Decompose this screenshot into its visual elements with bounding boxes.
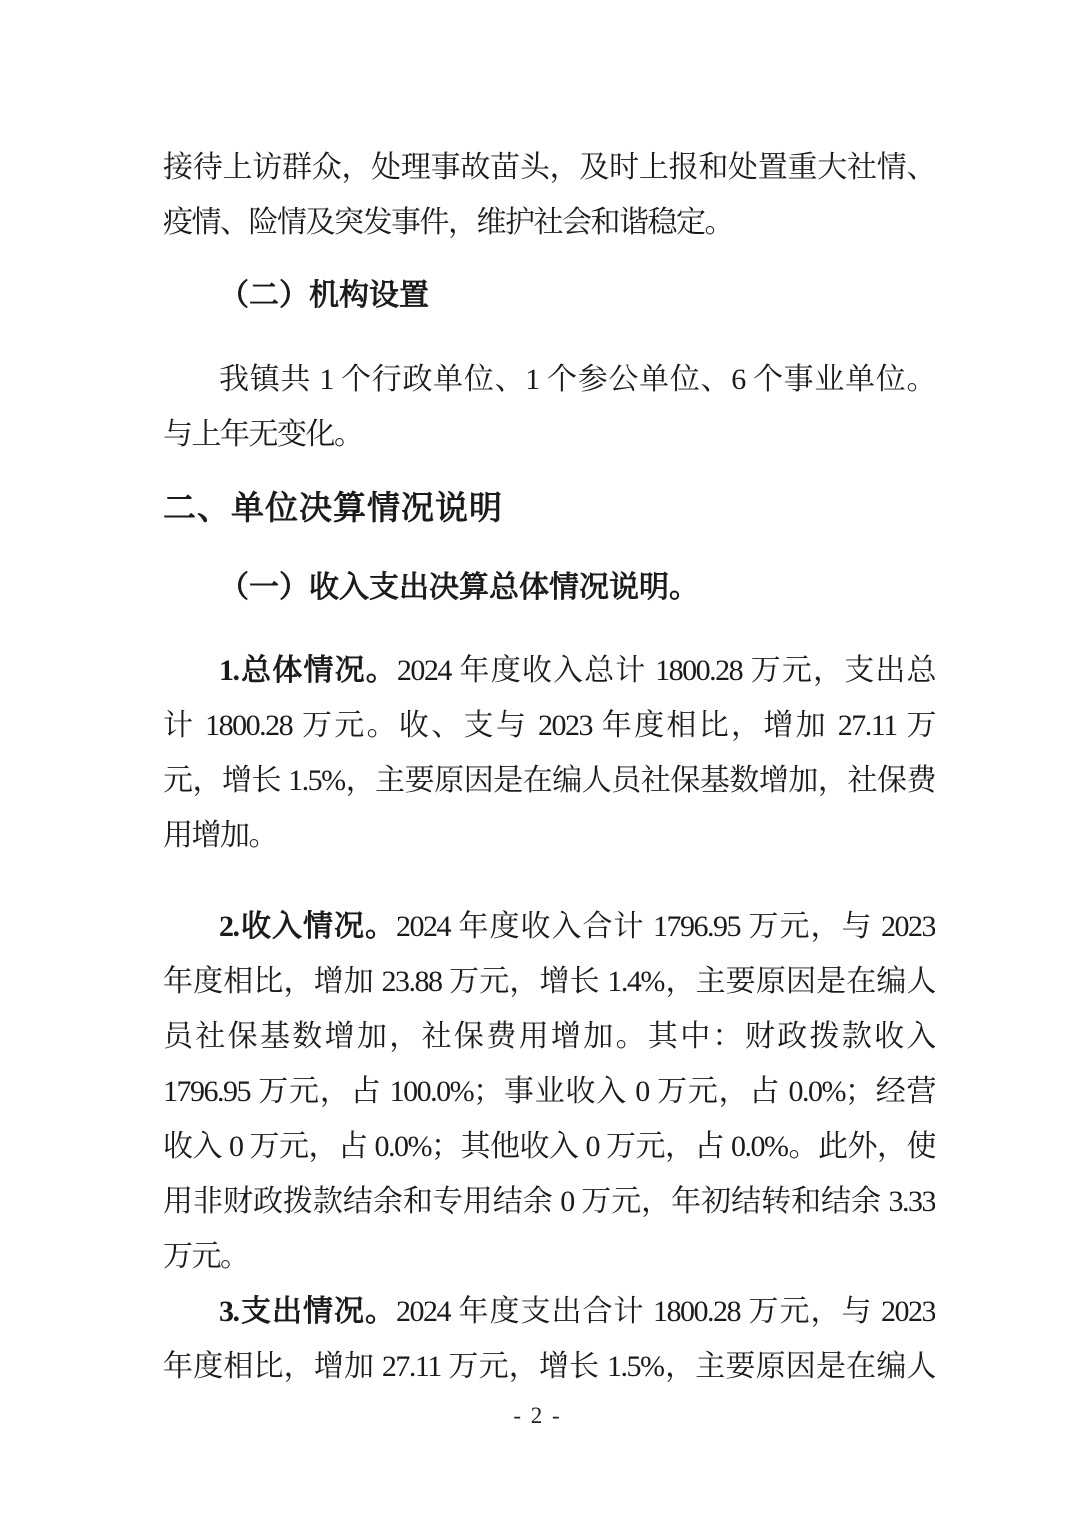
text-line: 我镇共 1 个行政单位、1 个参公单位、6 个事业单位。	[163, 352, 935, 407]
paragraph-income-situation: 2.收入情况。2024 年度收入合计 1796.95 万元，与 2023年度相比…	[163, 899, 935, 1284]
text-span: 我镇共 1 个行政单位、1 个参公单位、6 个事业单位。	[219, 363, 935, 396]
text-line: 计 1800.28 万元。收、支与 2023 年度相比，增加 27.11 万	[163, 698, 935, 753]
paragraph-expenditure-situation: 3.支出情况。2024 年度支出合计 1800.28 万元，与 2023年度相比…	[163, 1284, 935, 1394]
text-span: 万元。	[163, 1240, 249, 1273]
run-in-heading: 1.总体情况。	[219, 654, 397, 687]
text-line: 万元。	[163, 1229, 935, 1284]
org-setup-paragraph: 我镇共 1 个行政单位、1 个参公单位、6 个事业单位。与上年无变化。	[163, 352, 935, 462]
text-span: 收入 0 万元，占 0.0%；其他收入 0 万元，占 0.0%。此外，使	[163, 1130, 935, 1163]
text-span: 接待上访群众，处理事故苗头，及时上报和处置重大社情、	[163, 151, 935, 184]
text-span: 2024 年度收入总计 1800.28 万元，支出总	[397, 654, 935, 687]
text-line: 1796.95 万元，占 100.0%；事业收入 0 万元，占 0.0%；经营	[163, 1064, 935, 1119]
heading-org-setup: （二）机构设置	[163, 268, 935, 323]
page-number: - 2 -	[0, 1398, 1075, 1434]
intro-continuation-paragraph: 接待上访群众，处理事故苗头，及时上报和处置重大社情、疫情、险情及突发事件，维护社…	[163, 140, 935, 250]
text-span: （一）收入支出决算总体情况说明。	[219, 571, 699, 604]
text-line: （一）收入支出决算总体情况说明。	[163, 560, 935, 615]
document-page: 接待上访群众，处理事故苗头，及时上报和处置重大社情、疫情、险情及突发事件，维护社…	[0, 0, 1075, 1520]
heading-section-two: 二、单位决算情况说明	[163, 480, 935, 535]
text-span: 计 1800.28 万元。收、支与 2023 年度相比，增加 27.11 万	[163, 709, 935, 742]
text-span: 2024 年度收入合计 1796.95 万元，与 2023	[396, 910, 935, 943]
run-in-heading: 3.支出情况。	[219, 1295, 396, 1328]
text-span: 2024 年度支出合计 1800.28 万元，与 2023	[396, 1295, 935, 1328]
paragraph-overall-situation: 1.总体情况。2024 年度收入总计 1800.28 万元，支出总计 1800.…	[163, 643, 935, 863]
run-in-heading: 2.收入情况。	[219, 910, 396, 943]
text-span: 员社保基数增加，社保费用增加。其中：财政拨款收入	[163, 1020, 935, 1053]
heading-income-expense-overview: （一）收入支出决算总体情况说明。	[163, 560, 935, 615]
text-line: 年度相比，增加 23.88 万元，增长 1.4%，主要原因是在编人	[163, 954, 935, 1009]
text-line: 年度相比，增加 27.11 万元，增长 1.5%，主要原因是在编人	[163, 1339, 935, 1394]
text-line: 接待上访群众，处理事故苗头，及时上报和处置重大社情、	[163, 140, 935, 195]
text-line: 元，增长 1.5%，主要原因是在编人员社保基数增加，社保费	[163, 753, 935, 808]
text-span: 疫情、险情及突发事件，维护社会和谐稳定。	[163, 206, 733, 239]
text-line: （二）机构设置	[163, 268, 935, 323]
text-span: 元，增长 1.5%，主要原因是在编人员社保基数增加，社保费	[163, 764, 935, 797]
document-body: 接待上访群众，处理事故苗头，及时上报和处置重大社情、疫情、险情及突发事件，维护社…	[163, 140, 935, 1394]
text-line: 用增加。	[163, 808, 935, 863]
text-line: 3.支出情况。2024 年度支出合计 1800.28 万元，与 2023	[163, 1284, 935, 1339]
text-line: 1.总体情况。2024 年度收入总计 1800.28 万元，支出总	[163, 643, 935, 698]
text-span: 与上年无变化。	[163, 418, 363, 451]
text-span: 1796.95 万元，占 100.0%；事业收入 0 万元，占 0.0%；经营	[163, 1075, 935, 1108]
text-line: 疫情、险情及突发事件，维护社会和谐稳定。	[163, 195, 935, 250]
text-line: 员社保基数增加，社保费用增加。其中：财政拨款收入	[163, 1009, 935, 1064]
text-line: 收入 0 万元，占 0.0%；其他收入 0 万元，占 0.0%。此外，使	[163, 1119, 935, 1174]
text-line: 二、单位决算情况说明	[163, 480, 935, 535]
text-span: 用非财政拨款结余和专用结余 0 万元，年初结转和结余 3.33	[163, 1185, 935, 1218]
text-span: （二）机构设置	[219, 279, 429, 312]
text-span: 用增加。	[163, 819, 277, 852]
text-line: 用非财政拨款结余和专用结余 0 万元，年初结转和结余 3.33	[163, 1174, 935, 1229]
text-line: 与上年无变化。	[163, 407, 935, 462]
text-line: 2.收入情况。2024 年度收入合计 1796.95 万元，与 2023	[163, 899, 935, 954]
text-span: 年度相比，增加 23.88 万元，增长 1.4%，主要原因是在编人	[163, 965, 935, 998]
text-span: 年度相比，增加 27.11 万元，增长 1.5%，主要原因是在编人	[163, 1350, 935, 1383]
text-span: 二、单位决算情况说明	[163, 489, 503, 526]
